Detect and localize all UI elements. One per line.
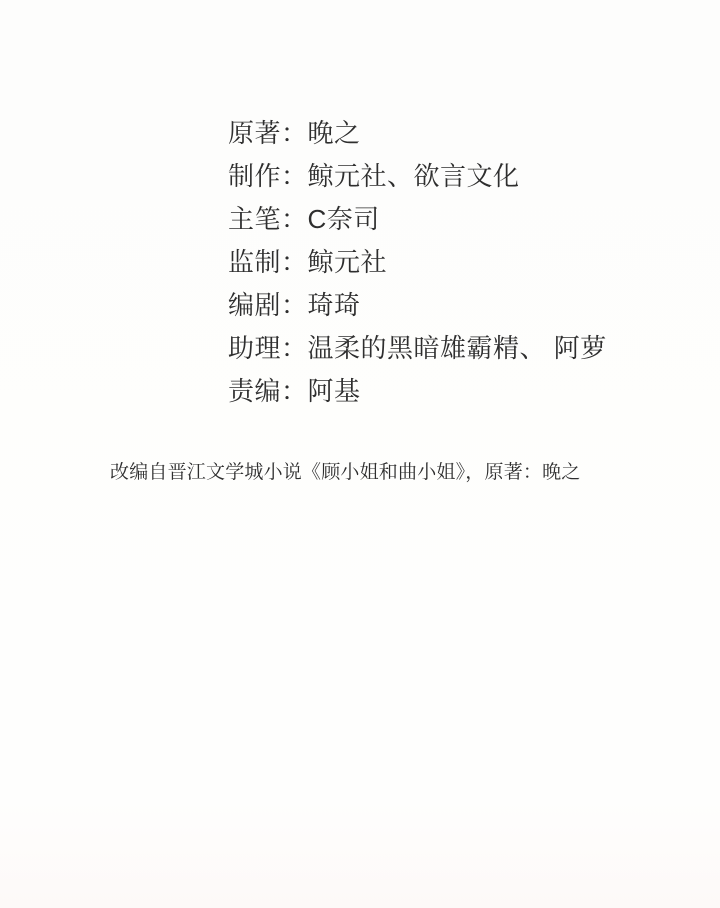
credit-value: 鲸元社: [308, 247, 388, 277]
credit-label: 制作: [228, 161, 281, 191]
credits-block: 原著：晚之 制作：鲸元社、欲言文化 主笔：C奈司 监制：鲸元社 编剧：琦琦 助理…: [228, 112, 607, 413]
credit-label: 主笔: [228, 204, 281, 234]
credit-separator: ：: [281, 376, 308, 406]
credit-separator: ：: [281, 333, 308, 363]
credit-value: 阿基: [308, 376, 361, 406]
credits-page: 原著：晚之 制作：鲸元社、欲言文化 主笔：C奈司 监制：鲸元社 编剧：琦琦 助理…: [0, 0, 720, 908]
credit-separator: ：: [281, 290, 308, 320]
credit-line-screenwriter: 编剧：琦琦: [228, 284, 607, 327]
credit-line-production: 制作：鲸元社、欲言文化: [228, 155, 607, 198]
credit-label: 编剧: [228, 290, 281, 320]
credit-value: 晚之: [308, 118, 361, 148]
credit-value: C奈司: [308, 204, 380, 234]
credit-value: 琦琦: [308, 290, 361, 320]
credit-separator: ：: [281, 247, 308, 277]
credit-label: 原著: [228, 118, 281, 148]
credit-line-editor: 责编：阿基: [228, 370, 607, 413]
credit-separator: ：: [281, 118, 308, 148]
credit-line-original-author: 原著：晚之: [228, 112, 607, 155]
credit-label: 助理: [228, 333, 281, 363]
credit-line-supervisor: 监制：鲸元社: [228, 241, 607, 284]
credit-label: 责编: [228, 376, 281, 406]
credit-separator: ：: [281, 204, 308, 234]
credit-label: 监制: [228, 247, 281, 277]
credit-value: 鲸元社、欲言文化: [308, 161, 520, 191]
adaptation-note: 改编自晋江文学城小说《顾小姐和曲小姐》，原著：晚之: [110, 461, 581, 485]
credit-line-lead-artist: 主笔：C奈司: [228, 198, 607, 241]
credit-separator: ：: [281, 161, 308, 191]
credit-value: 温柔的黑暗雄霸精、 阿萝: [308, 333, 607, 363]
credit-line-assistant: 助理：温柔的黑暗雄霸精、 阿萝: [228, 327, 607, 370]
